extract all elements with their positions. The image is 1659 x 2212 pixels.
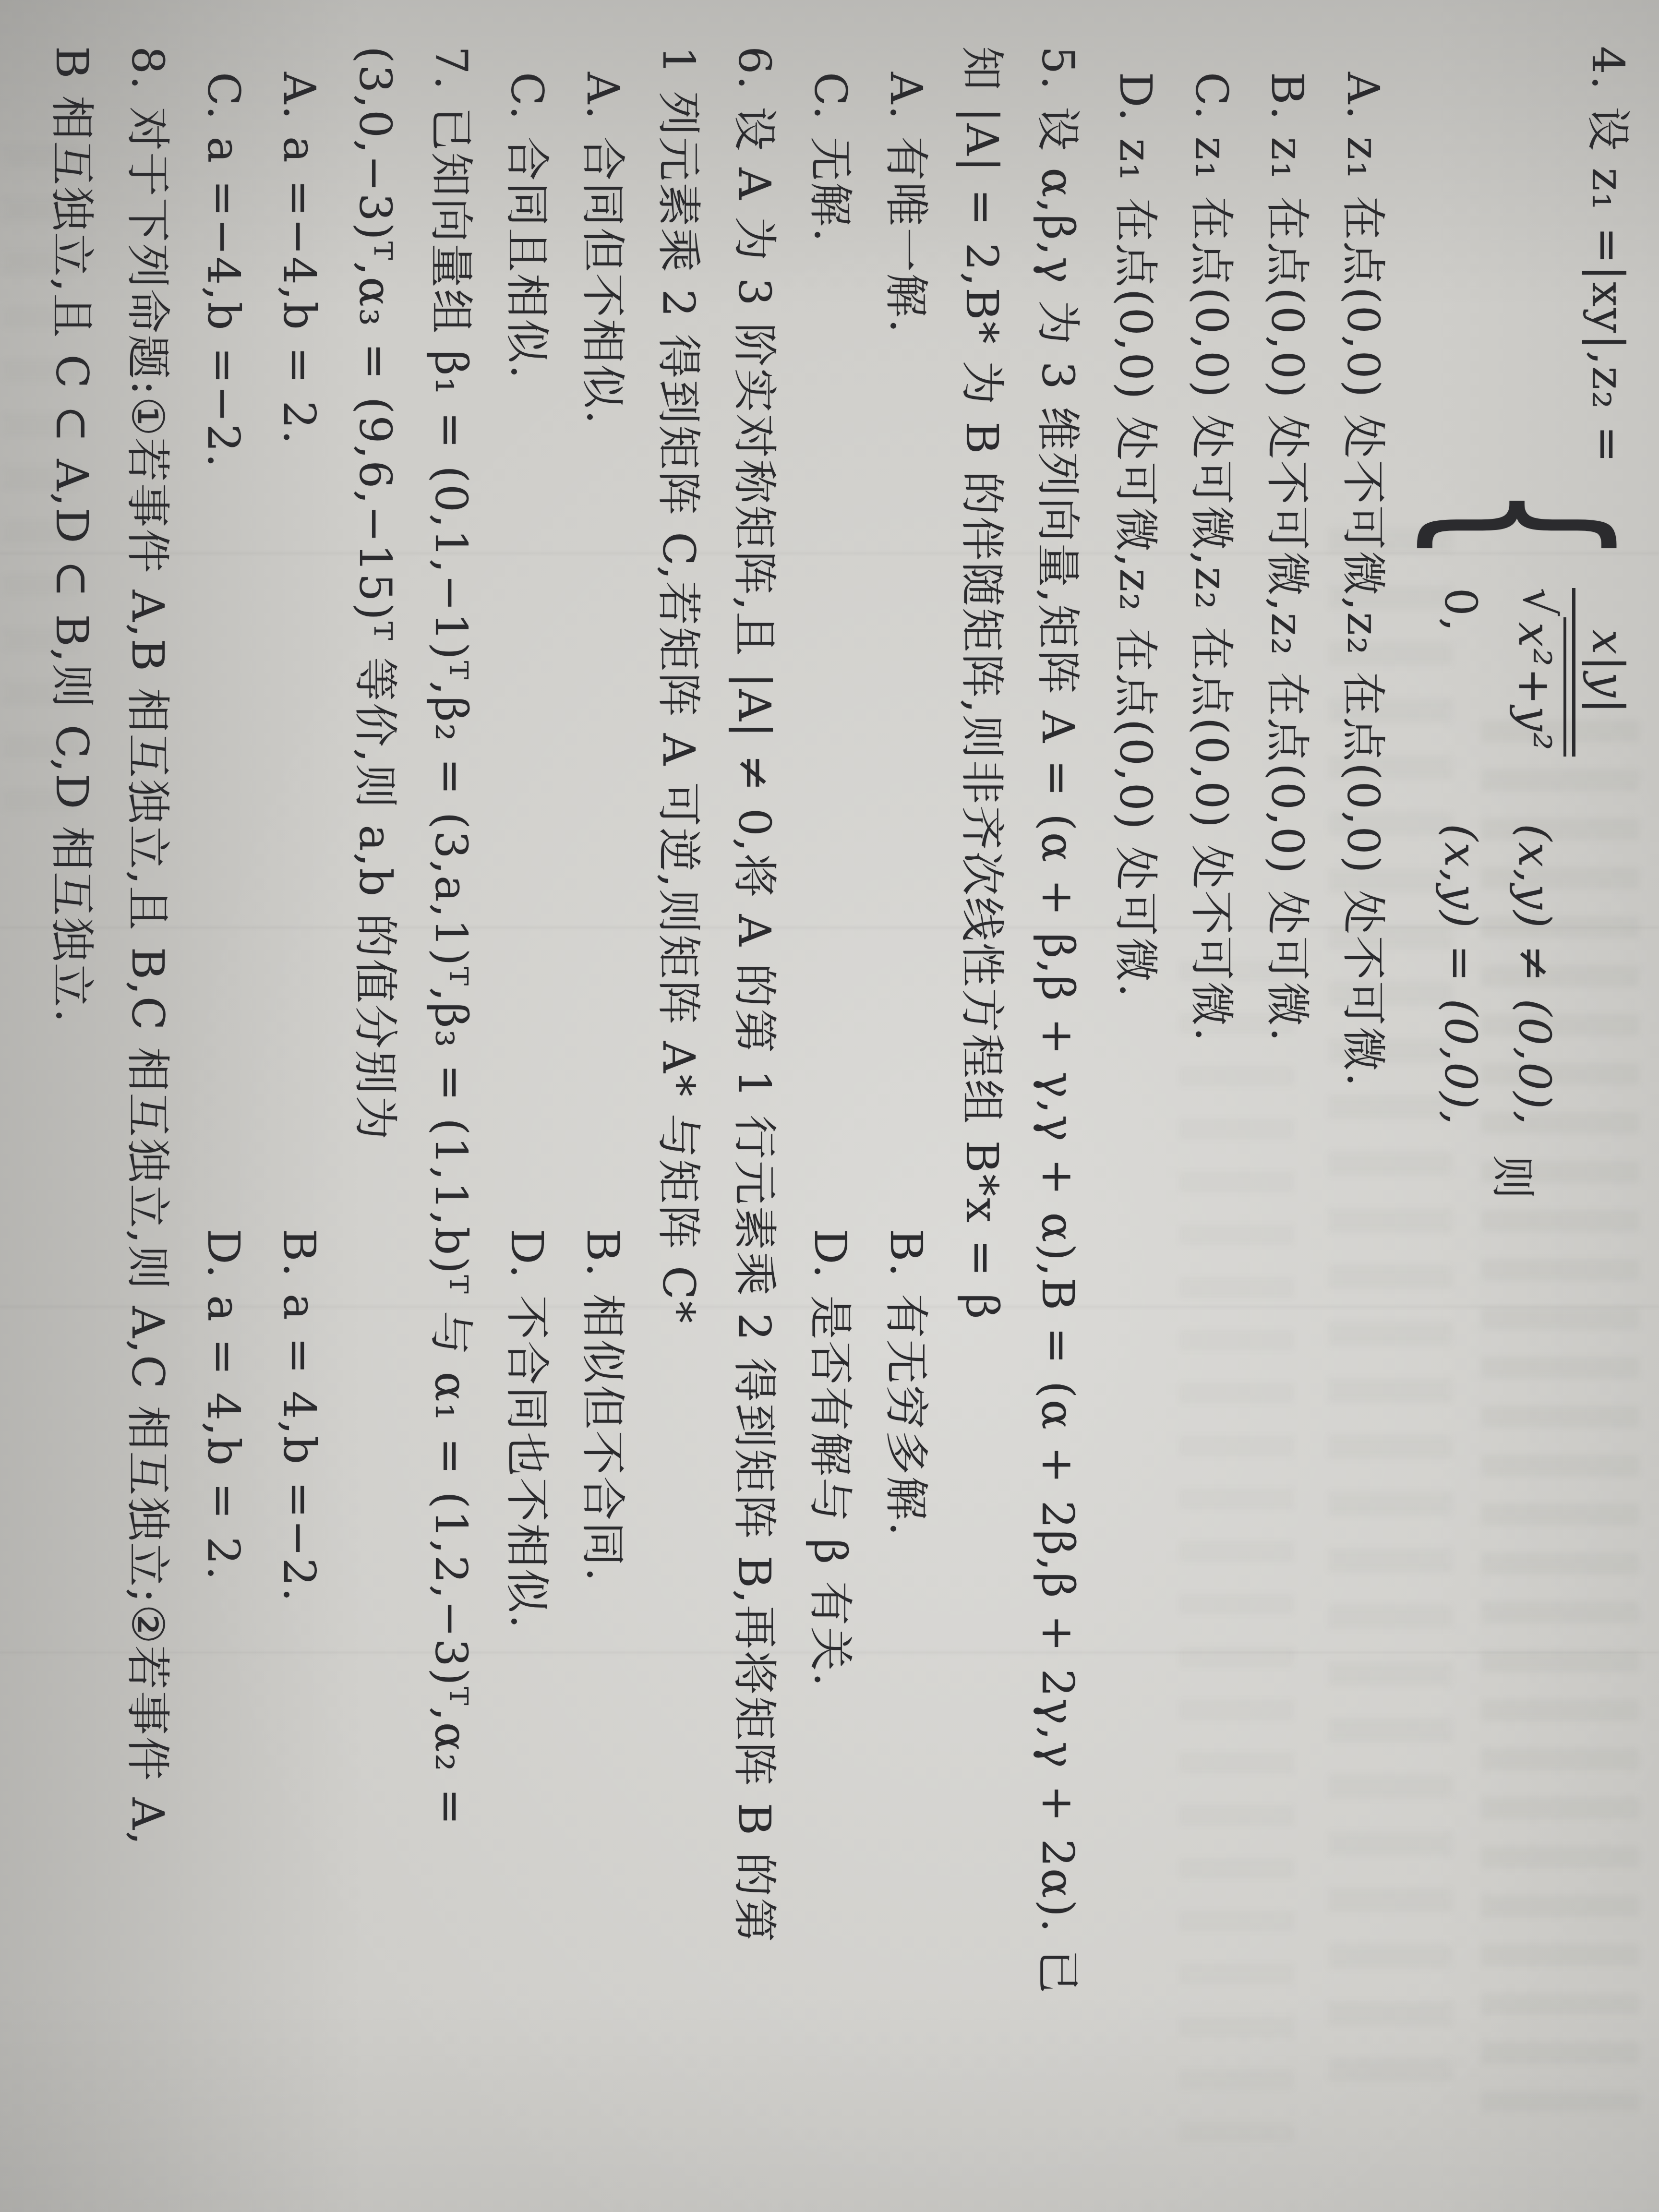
question-7-line-2: (3,0,−3)ᵀ,α₃ = (9,6,−15)ᵀ 等价,则 a,b 的值分别为 — [348, 46, 402, 2212]
fraction-numerator: x|y| — [1575, 617, 1635, 727]
question-6-options-ab: A. 合同但不相似. B. 相似但不合同. — [575, 72, 630, 2212]
fraction-denominator: √ x²+y² — [1507, 588, 1575, 757]
question-6-line-2: 1 列元素乘 2 得到矩阵 C,若矩阵 A 可逆,则矩阵 A* 与矩阵 C* — [651, 46, 706, 2212]
piecewise-function: { x|y| √ x²+y² (x,y) ≠ (0,0), 0, (x,y) =… — [1433, 479, 1635, 1201]
radicand: x²+y² — [1507, 617, 1566, 757]
question-5-option-c: C. 无解. — [805, 72, 856, 243]
left-brace: { — [1419, 485, 1635, 565]
question-7-option-c: C. a =−4,b =−2. — [198, 72, 249, 469]
question-5-options-ab: A. 有唯一解. B. 有无穷多解. — [878, 72, 933, 2212]
question-6-option-d: D. 不合同也不相似. — [499, 1229, 554, 1630]
then-word: 则 — [1485, 1155, 1540, 1201]
question-4-option-c: C. z₁ 在点(0,0) 处可微,z₂ 在点(0,0) 处不可微. — [1184, 72, 1238, 2212]
question-5-line-2: 知 |A| = 2,B* 为 B 的伴随矩阵,则非齐次线性方程组 B*x = β — [954, 46, 1009, 2212]
question-7-option-a: A. a =−4,b = 2. — [274, 72, 325, 445]
question-4-stem: 4. 设 z₁ =|xy|,z₂ = { x|y| √ x²+y² (x,y) … — [1433, 46, 1635, 2212]
question-5-option-d: D. 是否有解与 β 有关. — [803, 1229, 857, 1688]
question-5-option-a: A. 有唯一解. — [880, 72, 932, 334]
question-7-option-d: D. a = 4,b = 2. — [196, 1229, 251, 1581]
question-4-text: 4. 设 z₁ =|xy|,z₂ = — [1580, 46, 1635, 464]
condition-nonzero: (x,y) ≠ (0,0), — [1507, 824, 1562, 1126]
question-7-option-b: B. a = 4,b =−2. — [272, 1229, 326, 1603]
question-5-option-b: B. 有无穷多解. — [878, 1229, 933, 1537]
question-6-option-b: B. 相似但不合同. — [575, 1229, 630, 1583]
question-4-option-b: B. z₁ 在点(0,0) 处不可微,z₂ 在点(0,0) 处可微. — [1260, 72, 1314, 2212]
question-5-line-1: 5. 设 α,β,γ 为 3 维列向量,矩阵 A = (α + β,β + γ,… — [1030, 46, 1085, 2212]
question-6-options-cd: C. 合同且相似. D. 不合同也不相似. — [499, 72, 554, 2212]
question-7-options-cd: C. a =−4,b =−2. D. a = 4,b = 2. — [196, 72, 251, 2212]
question-8-line-1: 8. 对于下列命题:①若事件 A,B 相互独立,且 B,C 相互独立,则 A,C… — [120, 46, 175, 2212]
radical-sign: √ — [1512, 588, 1566, 618]
question-5-options-cd: C. 无解. D. 是否有解与 β 有关. — [803, 72, 857, 2212]
question-6-line-1: 6. 设 A 为 3 阶实对称矩阵,且 |A| ≠ 0,将 A 的第 1 行元素… — [727, 46, 781, 2212]
question-4-option-a: A. z₁ 在点(0,0) 处不可微,z₂ 在点(0,0) 处不可微. — [1335, 72, 1390, 2212]
question-8-line-2: B 相互独立,且 C ⊂ A,D ⊂ B,则 C,D 相互独立. — [44, 46, 99, 2212]
question-6-option-a: A. 合同但不相似. — [577, 72, 628, 425]
piecewise-cases: x|y| √ x²+y² (x,y) ≠ (0,0), 0, (x,y) = (… — [1433, 588, 1635, 1126]
fraction: x|y| √ x²+y² — [1507, 588, 1635, 757]
question-7-options-ab: A. a =−4,b = 2. B. a = 4,b =−2. — [272, 72, 326, 2212]
photo-of-exam-page: 4. 设 z₁ =|xy|,z₂ = { x|y| √ x²+y² (x,y) … — [0, 0, 1659, 2212]
condition-zero: (x,y) = (0,0), — [1433, 824, 1488, 1126]
exam-paper: 4. 设 z₁ =|xy|,z₂ = { x|y| √ x²+y² (x,y) … — [0, 0, 1659, 2212]
question-7-line-1: 7. 已知向量组 β₁ = (0,1,−1)ᵀ,β₂ = (3,a,1)ᵀ,β₃… — [423, 46, 478, 2212]
question-6-option-c: C. 合同且相似. — [501, 72, 553, 380]
question-4-option-d: D. z₁ 在点(0,0) 处可微,z₂ 在点(0,0) 处可微. — [1108, 72, 1163, 2212]
zero-branch: 0, — [1433, 588, 1488, 757]
